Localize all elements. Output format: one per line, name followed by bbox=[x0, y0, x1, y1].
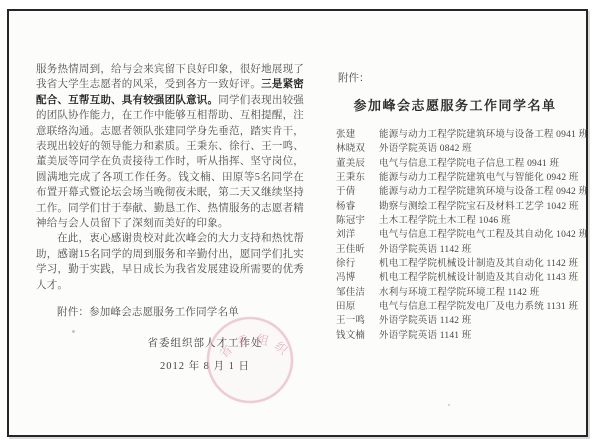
student-dept-class: 勘察与测绘工程学院宝石及材料工艺学 1042 班 bbox=[379, 200, 579, 214]
student-dept-class: 能源与动力工程学院建筑电气与智能化 0942 班 bbox=[379, 171, 579, 185]
student-dept-class: 外语学院英语 1141 班 bbox=[379, 329, 472, 343]
signature-block: 省委组织部人才工作处 2012 年 8 月 1 日 bbox=[130, 332, 280, 378]
student-dept-class: 机电工程学院机械设计制造及其自动化 1143 班 bbox=[379, 271, 578, 285]
paragraph1-post: 同学们表现出较强的团队协作能力，在工作中能够互相帮助、互相提醒，注意联络沟通。志… bbox=[36, 95, 304, 229]
student-dept-class: 土木工程学院土木工程 1046 班 bbox=[379, 214, 511, 228]
attachment-label: 附件： bbox=[338, 70, 578, 85]
student-name: 刘洋 bbox=[336, 228, 366, 242]
table-row: 徐行 机电工程学院机械设计制造及其自动化 1142 班 bbox=[332, 257, 578, 271]
student-dept-class: 能源与动力工程学院建筑环境与设备工程 0942 班 bbox=[379, 185, 588, 199]
table-row: 钱文楠 外语学院英语 1141 班 bbox=[332, 329, 578, 343]
attachment-page: 附件： 参加峰会志愿服务工作同学名单 张建 能源与动力工程学院建筑环境与设备工程… bbox=[332, 70, 578, 343]
student-dept-class: 外语学院英语 1142 班 bbox=[379, 314, 472, 328]
student-name: 董美辰 bbox=[336, 157, 366, 171]
student-name: 王秉东 bbox=[336, 171, 366, 185]
table-row: 董美辰 电气与信息工程学院电子信息工程 0941 班 bbox=[332, 157, 578, 171]
letter-page: 服务热情周到，给与会来宾留下良好印象，很好地展现了我省大学生志愿者的风采，受到各… bbox=[36, 62, 304, 321]
student-name: 钱文楠 bbox=[336, 329, 366, 343]
student-name: 林晓双 bbox=[336, 142, 366, 156]
table-row: 王一鸣 外语学院英语 1142 班 bbox=[332, 314, 578, 328]
table-row: 田原 电气与信息工程学院发电厂及电力系统 1131 班 bbox=[332, 300, 578, 314]
student-name: 陈冠宇 bbox=[336, 214, 366, 228]
student-name: 邹佳洁 bbox=[336, 286, 366, 300]
student-roster: 张建 能源与动力工程学院建筑环境与设备工程 0941 班 林晓双 外语学院英语 … bbox=[332, 128, 578, 343]
student-dept-class: 电气与信息工程学院电气工程及其自动化 1042 班 bbox=[379, 228, 588, 242]
table-row: 冯博 机电工程学院机械设计制造及其自动化 1143 班 bbox=[332, 271, 578, 285]
scan-speck bbox=[448, 404, 450, 406]
student-name: 王一鸣 bbox=[336, 314, 366, 328]
student-dept-class: 电气与信息工程学院电子信息工程 0941 班 bbox=[379, 157, 559, 171]
student-dept-class: 外语学院英语 1142 班 bbox=[379, 243, 472, 257]
student-dept-class: 电气与信息工程学院发电厂及电力系统 1131 班 bbox=[379, 300, 578, 314]
roster-title: 参加峰会志愿服务工作同学名单 bbox=[332, 95, 578, 114]
student-dept-class: 外语学院英语 0842 班 bbox=[379, 142, 472, 156]
attachment-reference-line: 附件：参加峰会志愿服务工作同学名单 bbox=[36, 305, 304, 320]
table-row: 邹佳洁 水利与环境工程学院环境工程 1142 班 bbox=[332, 286, 578, 300]
table-row: 陈冠宇 土木工程学院土木工程 1046 班 bbox=[332, 214, 578, 228]
student-name: 杨睿 bbox=[336, 200, 366, 214]
signature-date: 2012 年 8 月 1 日 bbox=[130, 355, 280, 378]
scanned-document: 服务热情周到，给与会来宾留下良好印象，很好地展现了我省大学生志愿者的风采，受到各… bbox=[0, 0, 600, 447]
table-row: 刘洋 电气与信息工程学院电气工程及其自动化 1042 班 bbox=[332, 228, 578, 242]
student-dept-class: 能源与动力工程学院建筑环境与设备工程 0941 班 bbox=[379, 128, 588, 142]
signature-org: 省委组织部人才工作处 bbox=[130, 332, 280, 355]
student-name: 王佳昕 bbox=[336, 243, 366, 257]
student-dept-class: 水利与环境工程学院环境工程 1142 班 bbox=[379, 286, 539, 300]
table-row: 林晓双 外语学院英语 0842 班 bbox=[332, 142, 578, 156]
table-row: 于倩 能源与动力工程学院建筑环境与设备工程 0942 班 bbox=[332, 185, 578, 199]
student-name: 田原 bbox=[336, 300, 366, 314]
scan-speck bbox=[72, 330, 75, 333]
student-dept-class: 机电工程学院机械设计制造及其自动化 1142 班 bbox=[379, 257, 578, 271]
student-name: 于倩 bbox=[336, 185, 366, 199]
student-name: 张建 bbox=[336, 128, 366, 142]
student-name: 徐行 bbox=[336, 257, 366, 271]
scan-smudge bbox=[126, 116, 131, 119]
letter-paragraph-1: 服务热情周到，给与会来宾留下良好印象，很好地展现了我省大学生志愿者的风采，受到各… bbox=[36, 62, 304, 231]
table-row: 王秉东 能源与动力工程学院建筑电气与智能化 0942 班 bbox=[332, 171, 578, 185]
student-name: 冯博 bbox=[336, 271, 366, 285]
table-row: 王佳昕 外语学院英语 1142 班 bbox=[332, 243, 578, 257]
table-row: 张建 能源与动力工程学院建筑环境与设备工程 0941 班 bbox=[332, 128, 578, 142]
table-row: 杨睿 勘察与测绘工程学院宝石及材料工艺学 1042 班 bbox=[332, 200, 578, 214]
letter-paragraph-2: 在此，衷心感谢贵校对此次峰会的大力支持和热忱帮助，感谢15名同学的周到服务和辛勤… bbox=[36, 231, 304, 293]
